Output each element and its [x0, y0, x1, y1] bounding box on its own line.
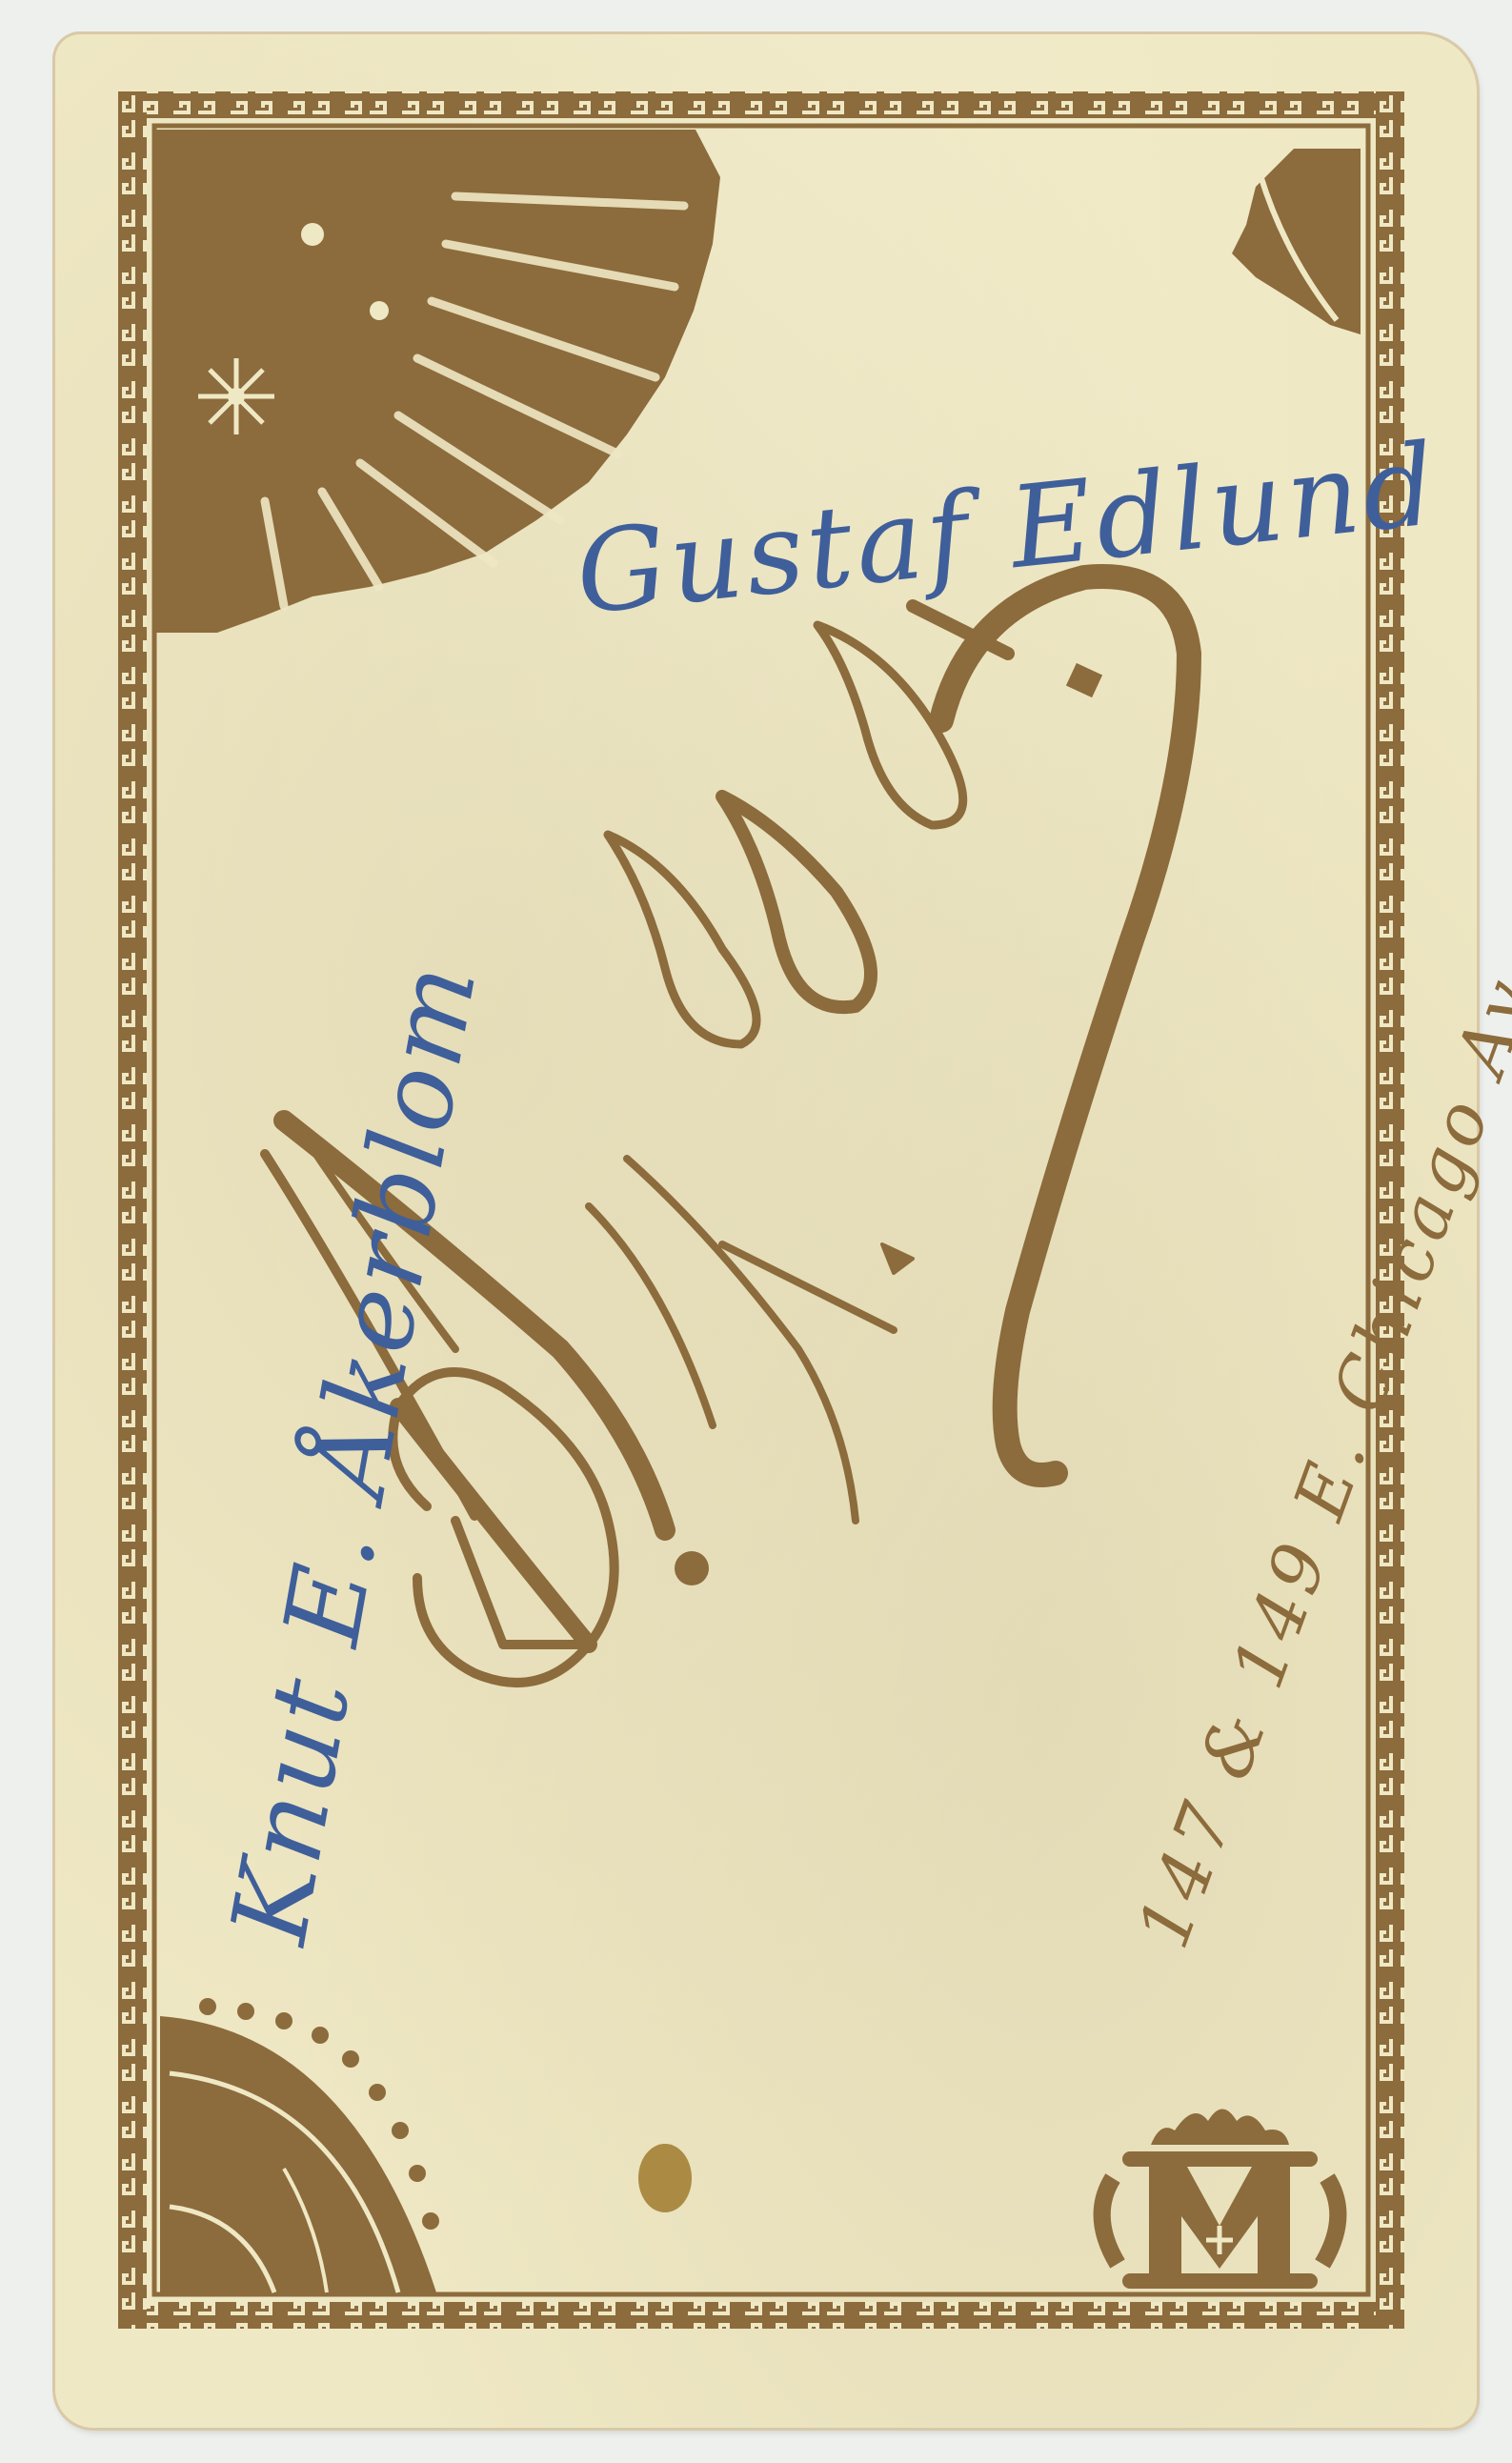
cabinet-card-back: J. W. Noel. 147 & 149 E. Chicago Av. Gus… — [55, 34, 1477, 2428]
lace-fan-corner-icon — [160, 1998, 439, 2292]
fan-corner-icon — [1232, 149, 1361, 334]
monogram-crest-icon — [1102, 2110, 1339, 2290]
stain-mark — [638, 2144, 692, 2212]
printed-artwork — [55, 34, 1477, 2428]
